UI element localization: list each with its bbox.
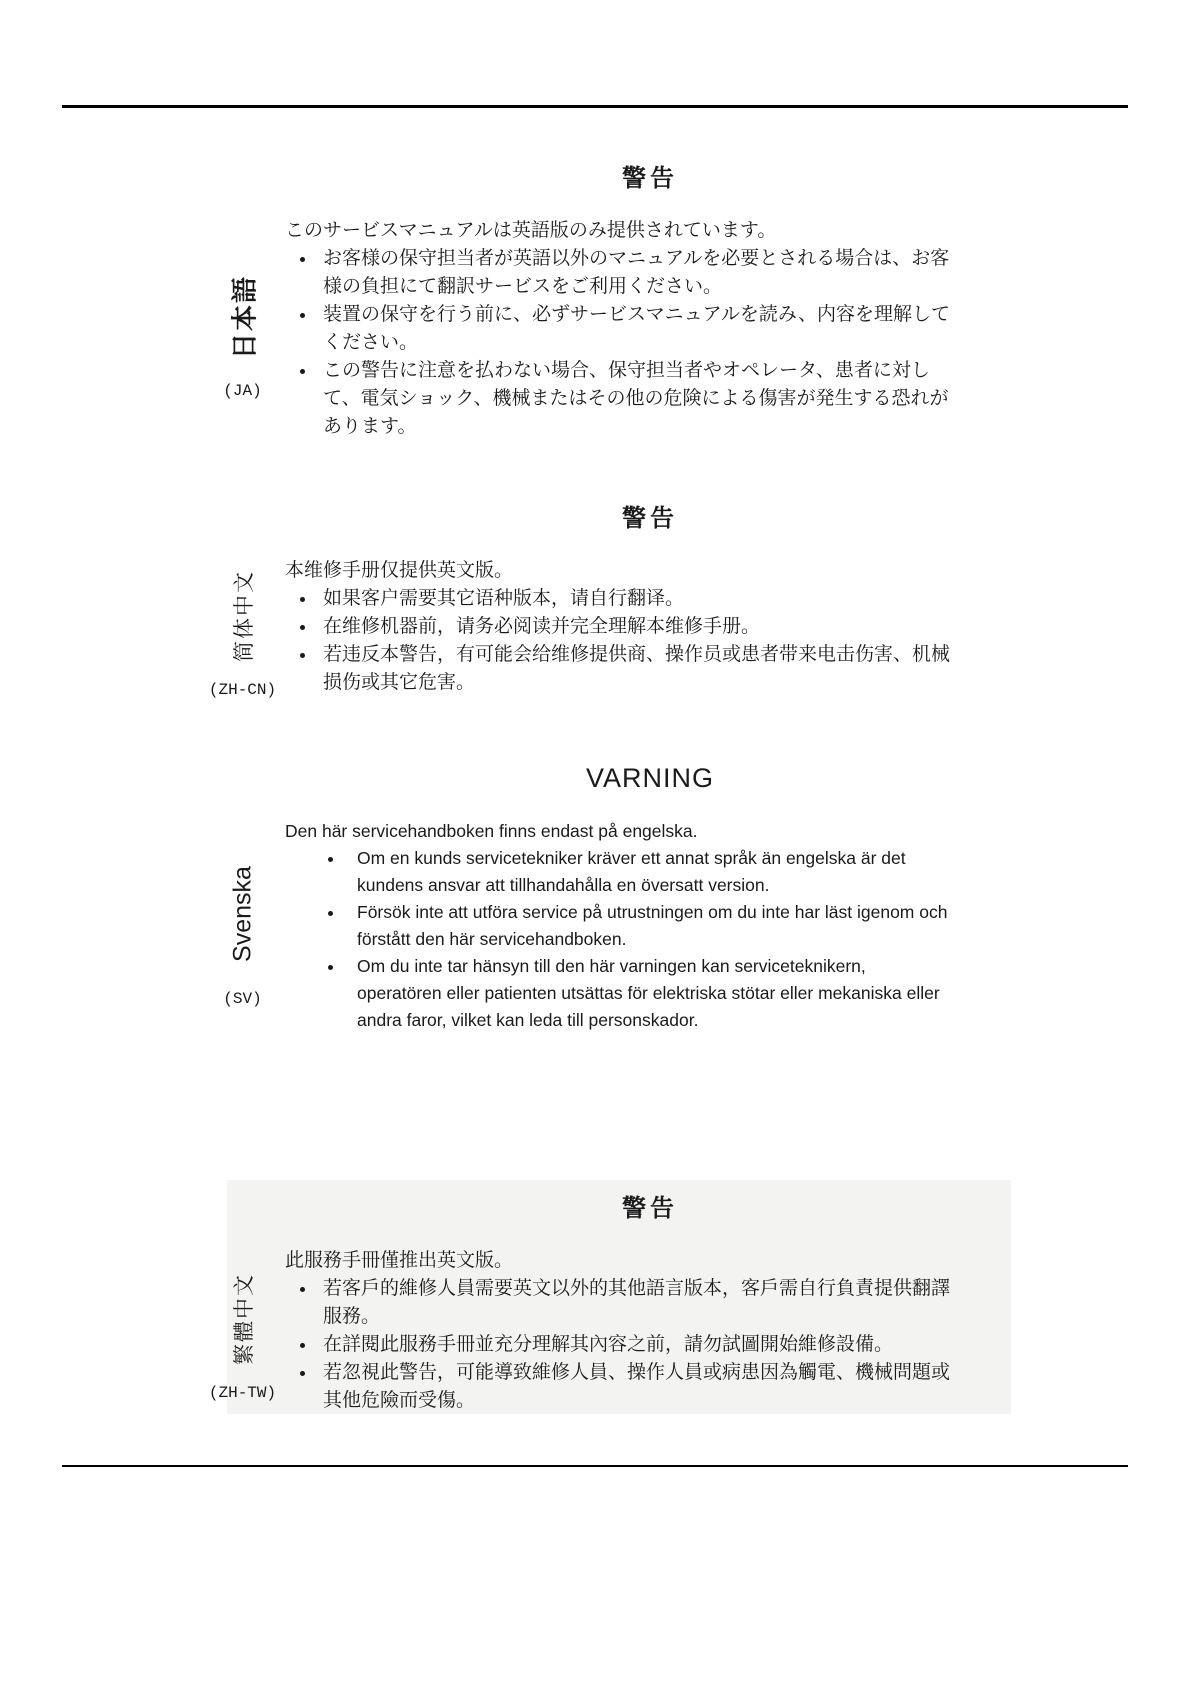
bottom-horizontal-rule: [62, 1465, 1128, 1467]
language-label-column-ja: 日本語 (JA): [200, 217, 285, 441]
warning-heading-zhtw: 警告: [285, 1188, 1015, 1223]
language-name-vertical-zhtw: 繁體中文: [221, 1260, 265, 1378]
document-page: 警告 日本語 (JA) このサービスマニュアルは英語版のみ提供されています。 お…: [0, 0, 1190, 1684]
intro-text-zhcn: 本维修手册仅提供英文版。: [285, 557, 950, 585]
language-label-column-sv: Svenska (SV): [200, 818, 285, 1034]
section-body-ja: 日本語 (JA) このサービスマニュアルは英語版のみ提供されています。 お客様の…: [200, 217, 1015, 441]
section-body-zhcn: 简体中文 (ZH-CN) 本维修手册仅提供英文版。 如果客户需要其它语种版本，请…: [200, 557, 1015, 699]
bullet-item: この警告に注意を払わない場合、保守担当者やオペレータ、患者に対して、電気ショック…: [317, 357, 950, 441]
section-content-zhcn: 本维修手册仅提供英文版。 如果客户需要其它语种版本，请自行翻译。 在维修机器前，…: [285, 557, 950, 699]
warning-heading-ja: 警告: [285, 158, 1015, 193]
warning-heading-zhcn: 警告: [285, 498, 1015, 533]
language-name-sv: Svenska: [228, 866, 257, 962]
language-name-vertical-sv: Svenska: [221, 844, 265, 984]
section-content-ja: このサービスマニュアルは英語版のみ提供されています。 お客様の保守担当者が英語以…: [285, 217, 950, 441]
language-name-zhtw: 繁體中文: [228, 1273, 258, 1365]
bullet-item: 若忽視此警告，可能導致維修人員、操作人員或病患因為觸電、機械問題或其他危險而受傷…: [317, 1359, 950, 1415]
intro-text-zhtw: 此服務手冊僅推出英文版。: [285, 1247, 950, 1275]
bullet-list-sv: Om en kunds servicetekniker kräver ett a…: [285, 845, 950, 1034]
top-horizontal-rule: [62, 105, 1128, 108]
bullet-item: 如果客户需要其它语种版本，请自行翻译。: [317, 585, 950, 613]
language-code-zhcn: (ZH-CN): [209, 681, 276, 699]
language-code-ja: (JA): [223, 382, 261, 400]
bullet-item: Om en kunds servicetekniker kräver ett a…: [345, 845, 950, 899]
language-code-zhtw: (ZH-TW): [209, 1384, 276, 1402]
bullet-item: Om du inte tar hänsyn till den här varni…: [345, 953, 950, 1034]
language-code-sv: (SV): [223, 990, 261, 1008]
bullet-item: 装置の保守を行う前に、必ずサービスマニュアルを読み、内容を理解してください。: [317, 301, 950, 357]
section-body-sv: Svenska (SV) Den här servicehandboken fi…: [200, 818, 1015, 1034]
section-traditional-chinese: 警告 繁體中文 (ZH-TW) 此服務手冊僅推出英文版。 若客戶的維修人員需要英…: [200, 1188, 1015, 1415]
language-name-zhcn: 简体中文: [228, 570, 258, 662]
section-content-sv: Den här servicehandboken finns endast på…: [285, 818, 950, 1034]
language-label-column-zhtw: 繁體中文 (ZH-TW): [200, 1247, 285, 1415]
section-swedish: VARNING Svenska (SV) Den här servicehand…: [200, 763, 1015, 1034]
warning-heading-sv: VARNING: [285, 763, 1015, 794]
bullet-item: 若客戶的維修人員需要英文以外的其他語言版本，客戶需自行負責提供翻譯服務。: [317, 1275, 950, 1331]
section-content-zhtw: 此服務手冊僅推出英文版。 若客戶的維修人員需要英文以外的其他語言版本，客戶需自行…: [285, 1247, 950, 1415]
bullet-item: お客様の保守担当者が英語以外のマニュアルを必要とされる場合は、お客様の負担にて翻…: [317, 245, 950, 301]
bullet-list-zhtw: 若客戶的維修人員需要英文以外的其他語言版本，客戶需自行負責提供翻譯服務。 在詳閱…: [285, 1275, 950, 1415]
bullet-list-ja: お客様の保守担当者が英語以外のマニュアルを必要とされる場合は、お客様の負担にて翻…: [285, 245, 950, 441]
section-japanese: 警告 日本語 (JA) このサービスマニュアルは英語版のみ提供されています。 お…: [200, 158, 1015, 441]
language-label-column-zhcn: 简体中文 (ZH-CN): [200, 557, 285, 699]
intro-text-ja: このサービスマニュアルは英語版のみ提供されています。: [285, 217, 950, 245]
section-simplified-chinese: 警告 简体中文 (ZH-CN) 本维修手册仅提供英文版。 如果客户需要其它语种版…: [200, 498, 1015, 699]
intro-text-sv: Den här servicehandboken finns endast på…: [285, 818, 950, 845]
section-body-zhtw: 繁體中文 (ZH-TW) 此服務手冊僅推出英文版。 若客戶的維修人員需要英文以外…: [200, 1247, 1015, 1415]
language-name-vertical-zhcn: 简体中文: [221, 557, 265, 675]
bullet-item: 在詳閱此服務手冊並充分理解其內容之前，請勿試圖開始維修設備。: [317, 1331, 950, 1359]
language-name-vertical-ja: 日本語: [221, 258, 265, 376]
bullet-item: 若违反本警告，有可能会给维修提供商、操作员或患者带来电击伤害、机械损伤或其它危害…: [317, 641, 950, 697]
bullet-list-zhcn: 如果客户需要其它语种版本，请自行翻译。 在维修机器前，请务必阅读并完全理解本维修…: [285, 585, 950, 697]
bullet-item: 在维修机器前，请务必阅读并完全理解本维修手册。: [317, 613, 950, 641]
bullet-item: Försök inte att utföra service på utrust…: [345, 899, 950, 953]
language-name-ja: 日本語: [224, 275, 261, 359]
